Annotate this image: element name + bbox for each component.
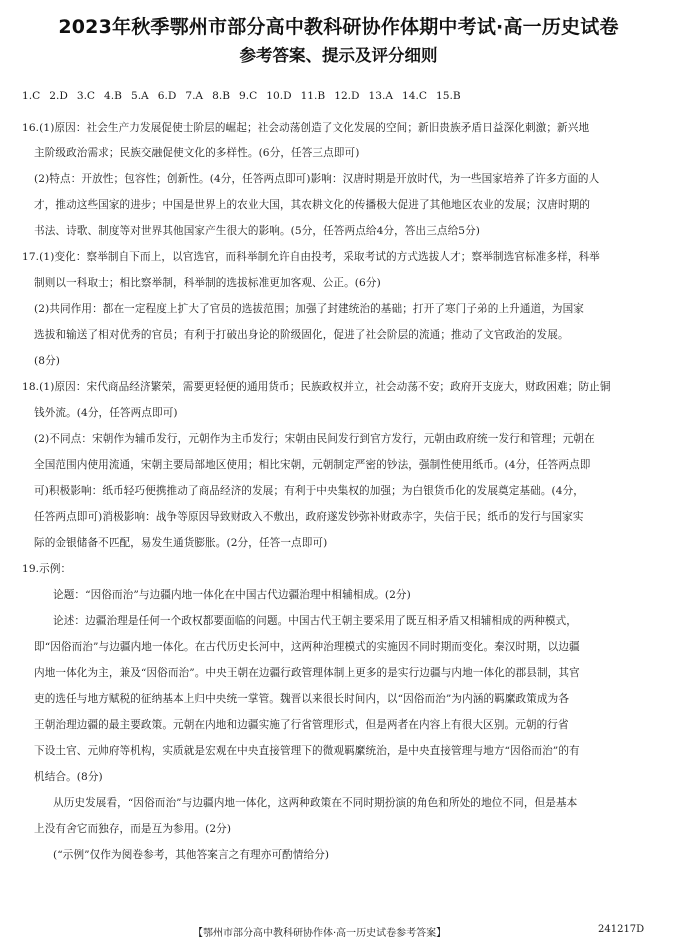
choice-answer: 14.C — [402, 90, 427, 102]
document-title: 2023年秋季鄂州市部分高中教科研协作体期中考试·高一历史试卷 — [0, 12, 677, 39]
text-line: 吏的选任与地方赋税的征纳基本上归中央统一掌管。魏晋以来很长时间内，以“因俗而治”… — [34, 691, 569, 706]
text-line: 制则以一科取士；相比察举制，科举制的选拔标准更加客观、公正。(6分) — [34, 275, 381, 290]
footer-code: 241217D — [598, 924, 644, 935]
text-line: (2)特点：开放性；包容性；创新性。(4分，任答两点即可)影响：汉唐时期是开放时… — [34, 171, 599, 186]
text-line: 主阶级政治需求；民族交融促使文化的多样性。(6分，任答三点即可) — [34, 145, 359, 160]
text-line: 论题：“因俗而治”与边疆内地一体化在中国古代边疆治理中相辅相成。(2分) — [53, 587, 411, 602]
choice-answers: 1.C2.D3.C4.B5.A6.D7.A8.B9.C10.D11.B12.D1… — [22, 90, 470, 102]
choice-answer: 8.B — [212, 90, 230, 102]
choice-answer: 1.C — [22, 90, 40, 102]
choice-answer: 2.D — [49, 90, 68, 102]
text-line: 16.(1)原因：社会生产力发展促使士阶层的崛起；社会动荡创造了文化发展的空间；… — [22, 120, 589, 135]
text-line: 全国范围内使用流通，宋朝主要局部地区使用；相比宋朝，元朝制定严密的钞法，强制性使… — [34, 457, 590, 472]
text-line: 上没有舍它而独存，而是互为参用。(2分) — [34, 821, 231, 836]
text-line: 际的金银储备不匹配，易发生通货膨胀。(2分，任答一点即可) — [34, 535, 327, 550]
choice-answer: 6.D — [158, 90, 177, 102]
choice-answer: 10.D — [266, 90, 291, 102]
text-line: 书法、诗歌、制度等对世界其他国家产生很大的影响。(5分，任答两点给4分，答出三点… — [34, 223, 480, 238]
text-line: 可)积极影响：纸币轻巧便携推动了商品经济的发展；有利于中央集权的加强；为白银货币… — [34, 483, 584, 498]
text-line: 机结合。(8分) — [34, 769, 103, 784]
text-line: 王朝治理边疆的最主要政策。元朝在内地和边疆实施了行省管理形式，但是两者在内容上有… — [34, 717, 569, 732]
text-line: (8分) — [34, 353, 60, 368]
choice-answer: 12.D — [334, 90, 359, 102]
text-line: 钱外流。(4分，任答两点即可) — [34, 405, 178, 420]
text-line: 从历史发展看，“因俗而治”与边疆内地一体化，这两种政策在不同时期扮演的角色和所处… — [53, 795, 577, 810]
choice-answer: 15.B — [436, 90, 461, 102]
text-line: 才，推动这些国家的进步；中国是世界上的农业大国，其农耕文化的传播极大促进了其他地… — [34, 197, 590, 212]
choice-answer: 5.A — [131, 90, 149, 102]
text-line: 即“因俗而治”与边疆内地一体化。在古代历史长河中，这两种治理模式的实施因不同时期… — [34, 639, 580, 654]
text-line: 选拔和输送了相对优秀的官员；有利于打破出身论的阶级固化，促进了社会阶层的流通；推… — [34, 327, 569, 342]
text-line: (2)共同作用：都在一定程度上扩大了官员的选拔范围；加强了封建统治的基础；打开了… — [34, 301, 584, 316]
text-line: 下设土官、元帅府等机构，实质就是宏观在中央直接管理下的微观羁縻统治，是中央直接管… — [34, 743, 580, 758]
footer-title: 【鄂州市部分高中教科研协作体·高一历史试卷参考答案】 — [193, 924, 446, 939]
text-line: 18.(1)原因：宋代商品经济繁荣，需要更轻便的通用货币；民族政权并立，社会动荡… — [22, 379, 611, 394]
text-line: (2)不同点：宋朝作为辅币发行，元朝作为主币发行；宋朝由民间发行到官方发行，元朝… — [34, 431, 595, 446]
document-subtitle: 参考答案、提示及评分细则 — [0, 42, 677, 66]
choice-answer: 9.C — [239, 90, 257, 102]
choice-answer: 4.B — [104, 90, 122, 102]
text-line: 论述：边疆治理是任何一个政权都要面临的问题。中国古代王朝主要采用了既互相矛盾又相… — [53, 613, 577, 628]
choice-answer: 13.A — [369, 90, 394, 102]
text-line: (“示例”仅作为阅卷参考，其他答案言之有理亦可酌情给分) — [53, 847, 329, 862]
text-line: 内地一体化为主，兼及“因俗而治”。中央王朝在边疆行政管理体制上更多的是实行边疆与… — [34, 665, 580, 680]
text-line: 17.(1)变化：察举制自下而上，以官选官，而科举制允许自由投考，采取考试的方式… — [22, 249, 600, 264]
choice-answer: 3.C — [77, 90, 95, 102]
choice-answer: 11.B — [301, 90, 326, 102]
text-line: 任答两点即可)消极影响：战争等原因导致财政入不敷出，政府遂发钞弥补财政赤字，失信… — [34, 509, 584, 524]
text-line: 19.示例： — [22, 561, 71, 576]
choice-answer: 7.A — [185, 90, 203, 102]
